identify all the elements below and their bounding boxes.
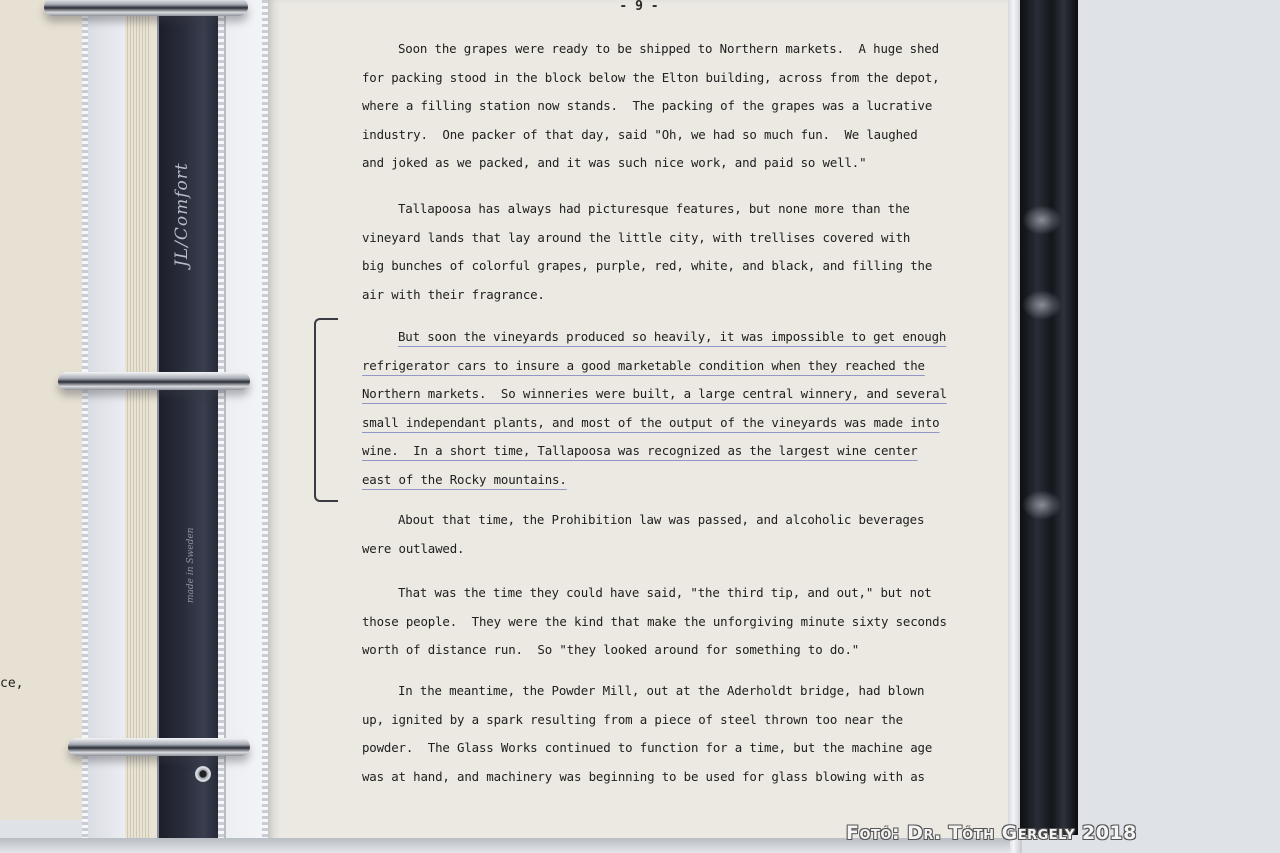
text-line: those people. They were the kind that ma… [362, 608, 962, 637]
binder-ring-middle[interactable] [58, 372, 250, 390]
text-line: refrigerator cars to insure a good marke… [362, 352, 962, 381]
text-line: and joked as we packed, and it was such … [362, 149, 962, 178]
document-page: - 9 - Soon the grapes were ready to be s… [268, 0, 1010, 853]
paragraph-1: Soon the grapes were ready to be shipped… [362, 35, 962, 178]
paragraph-4: About that time, the Prohibition law was… [362, 506, 962, 563]
text-line: small independant plants, and most of th… [362, 409, 962, 438]
text-line: wine. In a short time, Tallapoosa was re… [362, 437, 962, 466]
text-line: Soon the grapes were ready to be shipped… [362, 35, 962, 64]
strip-reflection [1022, 205, 1062, 235]
text-line: Northern markets. So winneries were buil… [362, 380, 962, 409]
strip-reflection [1022, 490, 1062, 520]
perforation-strip [82, 0, 88, 853]
black-binder-strip [1020, 0, 1078, 835]
strip-reflection [1022, 290, 1062, 320]
text-line: vineyard lands that lay around the littl… [362, 224, 962, 253]
text-line: But soon the vineyards produced so heavi… [362, 323, 962, 352]
previous-page-text-fragment: ce, [0, 676, 23, 691]
text-line: big bunches of colorful grapes, purple, … [362, 252, 962, 281]
page-number: - 9 - [268, 0, 1010, 14]
margin-bracket-annotation [314, 318, 338, 502]
text-line: worth of distance run. So "they looked a… [362, 636, 962, 665]
paragraph-6: In the meantime, the Powder Mill, out at… [362, 677, 962, 791]
paragraph-3-annotated: But soon the vineyards produced so heavi… [362, 323, 962, 495]
text-line: That was the time they could have said, … [362, 579, 962, 608]
text-line: up, ignited by a spark resulting from a … [362, 706, 962, 735]
paragraph-5: That was the time they could have said, … [362, 579, 962, 665]
text-line: About that time, the Prohibition law was… [362, 506, 962, 535]
text-line: where a filling station now stands. The … [362, 92, 962, 121]
photo-credit-watermark: Fotó: Dr. Tóth Gergely 2018 [846, 822, 1137, 844]
text-line: air with their fragrance. [362, 281, 962, 310]
text-line: In the meantime, the Powder Mill, out at… [362, 677, 962, 706]
text-line: east of the Rocky mountains. [362, 466, 962, 495]
previous-page: ce, [0, 0, 86, 820]
text-line: Tallapoosa has always had picturesque fe… [362, 195, 962, 224]
binder-ring-top[interactable] [44, 0, 248, 16]
page-stack [125, 0, 153, 840]
spine-sublabel: made in Sweden [186, 505, 206, 625]
perforation-strip [218, 0, 224, 853]
paragraph-2: Tallapoosa has always had picturesque fe… [362, 195, 962, 309]
spine-label: JL/Comfort [172, 135, 202, 295]
text-line: for packing stood in the block below the… [362, 64, 962, 93]
backdrop [1078, 0, 1280, 853]
binder-spine-bar [157, 0, 226, 853]
text-line: were outlawed. [362, 535, 962, 564]
text-line: powder. The Glass Works continued to fun… [362, 734, 962, 763]
binder-ring-bottom[interactable] [68, 738, 250, 756]
text-line: industry. One packer of that day, said "… [362, 121, 962, 150]
rivet-icon [195, 766, 211, 782]
page-edge [1008, 0, 1022, 853]
text-line: was at hand, and machinery was beginning… [362, 763, 962, 792]
